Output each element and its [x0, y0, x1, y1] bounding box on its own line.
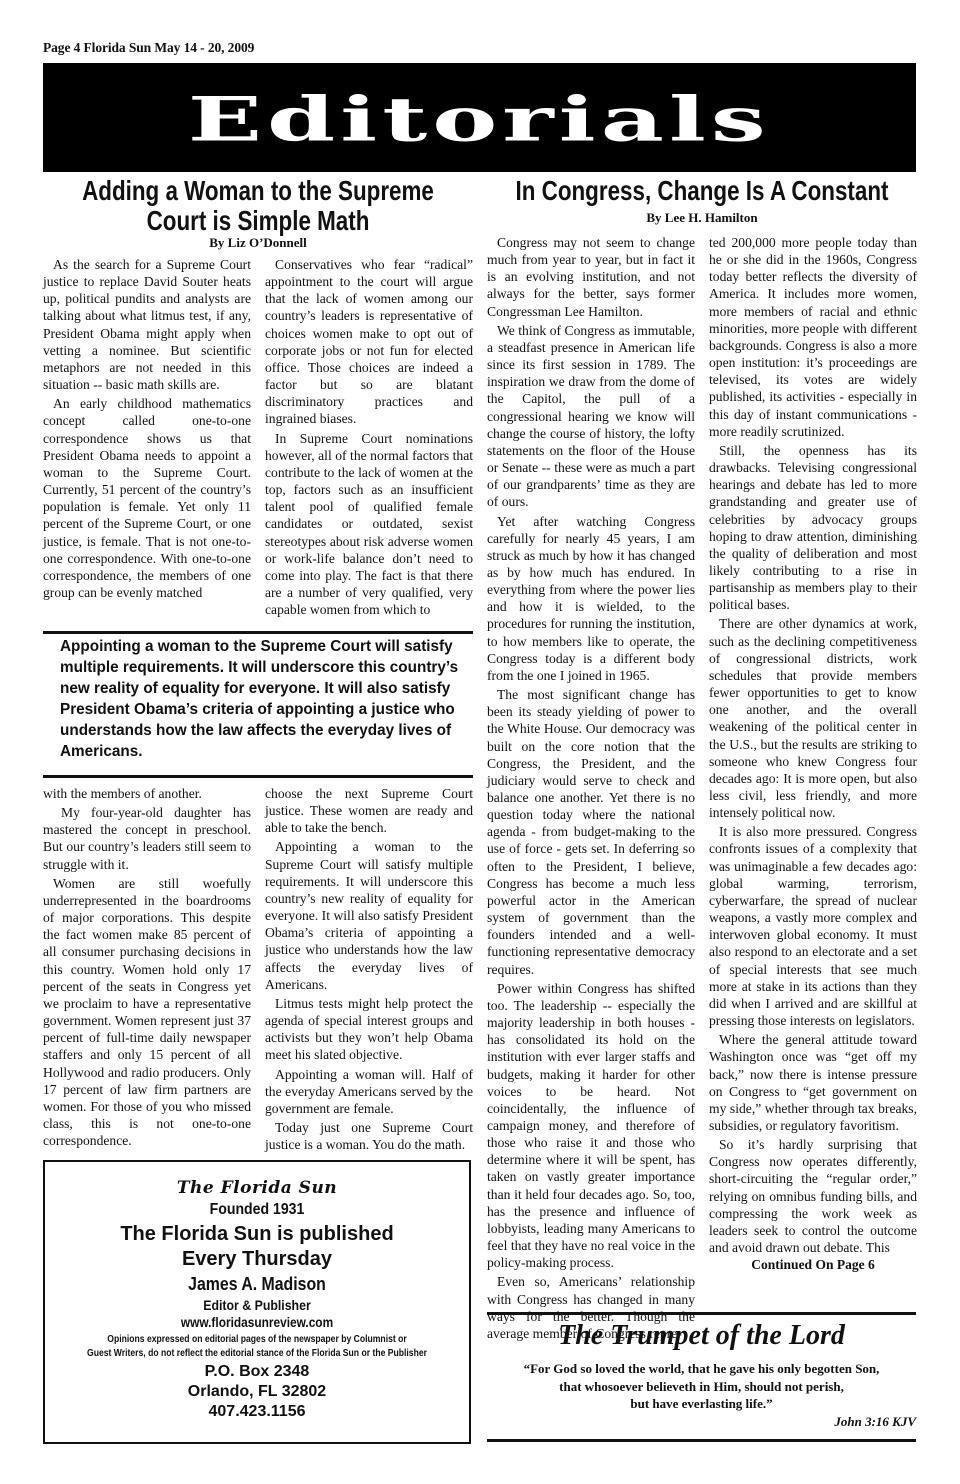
paragraph: choose the next Supreme Court justice. T… [265, 785, 473, 836]
headline-line-2: Court is Simple Math [58, 206, 458, 236]
article-left-upper-col1: As the search for a Supreme Court justic… [43, 256, 251, 601]
disclaimer-line-1: Opinions expressed on editorial pages of… [83, 1332, 431, 1346]
paragraph: with the members of another. [43, 785, 251, 802]
article-left-lower-col1: with the members of another. My four-yea… [43, 785, 251, 1149]
paragraph: In Supreme Court nominations however, al… [265, 430, 473, 619]
editor-name: James A. Madison [70, 1274, 443, 1295]
trumpet-title: The Trumpet of the Lord [487, 1320, 916, 1352]
publication-schedule: The Florida Sun is published Every Thurs… [45, 1222, 469, 1272]
pull-quote: Appointing a woman to the Supreme Court … [60, 636, 470, 762]
disclaimer-line-2: Guest Writers, do not reflect the editor… [59, 1346, 456, 1360]
article-left-headline: Adding a Woman to the Supreme Court is S… [58, 176, 458, 236]
pull-quote-top-rule [43, 631, 473, 634]
paragraph: Women are still woefully underrepresente… [43, 875, 251, 1150]
publisher-info-box: The Florida Sun Founded 1931 The Florida… [43, 1160, 471, 1444]
paragraph: Where the general attitude toward Washin… [709, 1031, 917, 1134]
scripture-quote: “For God so loved the world, that he gav… [487, 1360, 916, 1413]
paragraph: It is also more pressured. Congress conf… [709, 823, 917, 1029]
publication-line-1: The Florida Sun is published [45, 1222, 469, 1247]
paragraph: An early childhood mathematics concept c… [43, 395, 251, 601]
paragraph: Litmus tests might help protect the agen… [265, 995, 473, 1064]
continued-on-page-link[interactable]: Continued On Page 6 [709, 1256, 917, 1273]
paragraph: Power within Congress has shifted too. T… [487, 980, 695, 1272]
scripture-attribution: John 3:16 KJV [487, 1414, 916, 1430]
trumpet-top-rule [487, 1312, 916, 1315]
article-right-col2: ted 200,000 more people today than he or… [709, 234, 917, 1273]
article-right-col1: Congress may not seem to change much fro… [487, 234, 695, 1342]
website-link[interactable]: www.floridasunreview.com [70, 1315, 443, 1330]
pull-quote-bottom-rule [43, 775, 473, 778]
paragraph: Appointing a woman will. Half of the eve… [265, 1066, 473, 1117]
editorial-disclaimer: Opinions expressed on editorial pages of… [83, 1332, 431, 1360]
paper-name: The Florida Sun [45, 1178, 469, 1198]
phone-number: 407.423.1156 [45, 1402, 469, 1422]
headline-line-1: Adding a Woman to the Supreme [58, 176, 458, 206]
editor-role: Editor & Publisher [70, 1297, 443, 1313]
paragraph: Today just one Supreme Court justice is … [265, 1119, 473, 1153]
mailing-address: P.O. Box 2348 Orlando, FL 32802 407.423.… [45, 1362, 469, 1422]
article-left-byline: By Liz O’Donnell [43, 235, 473, 251]
paragraph: We think of Congress as immutable, a ste… [487, 322, 695, 511]
article-left-lower-col2: choose the next Supreme Court justice. T… [265, 785, 473, 1153]
article-left-upper-col2: Conservatives who fear “radical” appoint… [265, 256, 473, 618]
paragraph: As the search for a Supreme Court justic… [43, 256, 251, 393]
quote-line-1: “For God so loved the world, that he gav… [487, 1360, 916, 1378]
paragraph: Conservatives who fear “radical” appoint… [265, 256, 473, 428]
paragraph: Appointing a woman to the Supreme Court … [265, 838, 473, 992]
paragraph: ted 200,000 more people today than he or… [709, 234, 917, 440]
quote-line-3: but have everlasting life.” [487, 1395, 916, 1413]
paragraph: Congress may not seem to change much fro… [487, 234, 695, 320]
po-box: P.O. Box 2348 [45, 1362, 469, 1382]
quote-line-2: that whosoever believeth in Him, should … [487, 1378, 916, 1396]
publication-line-2: Every Thursday [45, 1247, 469, 1272]
paragraph: There are other dynamics at work, such a… [709, 615, 917, 821]
paragraph: The most significant change has been its… [487, 686, 695, 978]
trumpet-bottom-rule [487, 1439, 916, 1442]
page-folio: Page 4 Florida Sun May 14 - 20, 2009 [43, 40, 254, 56]
paragraph: Yet after watching Congress carefully fo… [487, 513, 695, 685]
paragraph: So it’s hardly surprising that Congress … [709, 1136, 917, 1256]
city-state-zip: Orlando, FL 32802 [45, 1382, 469, 1402]
section-masthead: Editorials [43, 63, 916, 172]
founded-year: Founded 1931 [70, 1201, 443, 1219]
article-right-byline: By Lee H. Hamilton [487, 210, 917, 226]
article-right-headline: In Congress, Change Is A Constant [502, 176, 902, 206]
section-title: Editorials [188, 89, 771, 150]
paragraph: My four-year-old daughter has mastered t… [43, 804, 251, 873]
paragraph: Still, the openness has its drawbacks. T… [709, 442, 917, 614]
